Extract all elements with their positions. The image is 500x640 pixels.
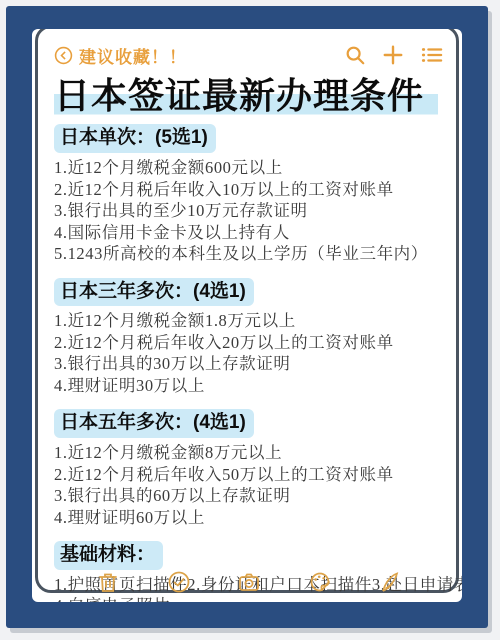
list-item: 2.近12个月税后年收入20万以上的工资对账单 xyxy=(54,332,444,354)
search-icon[interactable] xyxy=(344,44,366,66)
list-item: 1.近12个月缴税金额8万元以上 xyxy=(54,442,444,464)
back-circle-icon[interactable] xyxy=(54,46,73,65)
list-item: 5.1243所高校的本科生及以上学历（毕业三年内） xyxy=(54,243,444,265)
visa-section: 日本五年多次：(4选1) 1.近12个月缴税金额8万元以上2.近12个月税后年收… xyxy=(54,409,444,528)
section-header: 日本单次：(5选1) xyxy=(54,124,216,153)
plus-icon[interactable] xyxy=(382,44,404,66)
list-item: 4.理财证明30万以上 xyxy=(54,375,444,397)
visa-section: 日本单次：(5选1) 1.近12个月缴税金额600元以上2.近12个月税后年收入… xyxy=(54,124,444,264)
list-icon[interactable] xyxy=(420,44,444,66)
top-bar: 建议收藏！！ xyxy=(54,42,444,68)
list-item: 3.银行出具的至少10万元存款证明 xyxy=(54,200,444,222)
trash-icon[interactable] xyxy=(96,570,120,594)
list-item: 4.白底电子照片 xyxy=(54,595,444,602)
palette-icon[interactable] xyxy=(308,570,332,594)
back-label: 建议收藏！！ xyxy=(79,43,187,68)
sections-list: 日本单次：(5选1) 1.近12个月缴税金额600元以上2.近12个月税后年收入… xyxy=(54,124,444,602)
list-item: 1.近12个月缴税金额600元以上 xyxy=(54,157,444,179)
section-header: 日本三年多次：(4选1) xyxy=(54,278,254,307)
bottom-toolbar xyxy=(32,570,462,594)
list-item: 4.理财证明60万以上 xyxy=(54,507,444,529)
note-content: 建议收藏！！ xyxy=(32,29,462,602)
note-card: 建议收藏！！ xyxy=(32,29,462,602)
section-items: 1.近12个月缴税金额8万元以上2.近12个月税后年收入50万以上的工资对账单3… xyxy=(54,442,444,528)
section-items: 1.近12个月缴税金额600元以上2.近12个月税后年收入10万以上的工资对账单… xyxy=(54,157,444,265)
list-item: 2.近12个月税后年收入50万以上的工资对账单 xyxy=(54,464,444,486)
section-header: 基础材料： xyxy=(54,541,163,570)
list-item: 4.国际信用卡金卡及以上持有人 xyxy=(54,222,444,244)
page-title: 日本签证最新办理条件 xyxy=(54,75,444,116)
top-actions xyxy=(344,44,444,66)
list-item: 3.银行出具的30万以上存款证明 xyxy=(54,353,444,375)
camera-icon[interactable] xyxy=(237,570,261,594)
quill-pen-icon[interactable] xyxy=(378,570,402,594)
list-item: 3.银行出具的60万以上存款证明 xyxy=(54,485,444,507)
section-items: 1.近12个月缴税金额1.8万元以上2.近12个月税后年收入20万以上的工资对账… xyxy=(54,310,444,396)
check-circle-icon[interactable] xyxy=(167,570,191,594)
list-item: 2.近12个月税后年收入10万以上的工资对账单 xyxy=(54,179,444,201)
back-area[interactable]: 建议收藏！！ xyxy=(54,43,187,68)
outer-navy-frame: 建议收藏！！ xyxy=(6,6,488,628)
list-item: 1.近12个月缴税金额1.8万元以上 xyxy=(54,310,444,332)
section-header: 日本五年多次：(4选1) xyxy=(54,409,254,438)
visa-section: 日本三年多次：(4选1) 1.近12个月缴税金额1.8万元以上2.近12个月税后… xyxy=(54,278,444,397)
